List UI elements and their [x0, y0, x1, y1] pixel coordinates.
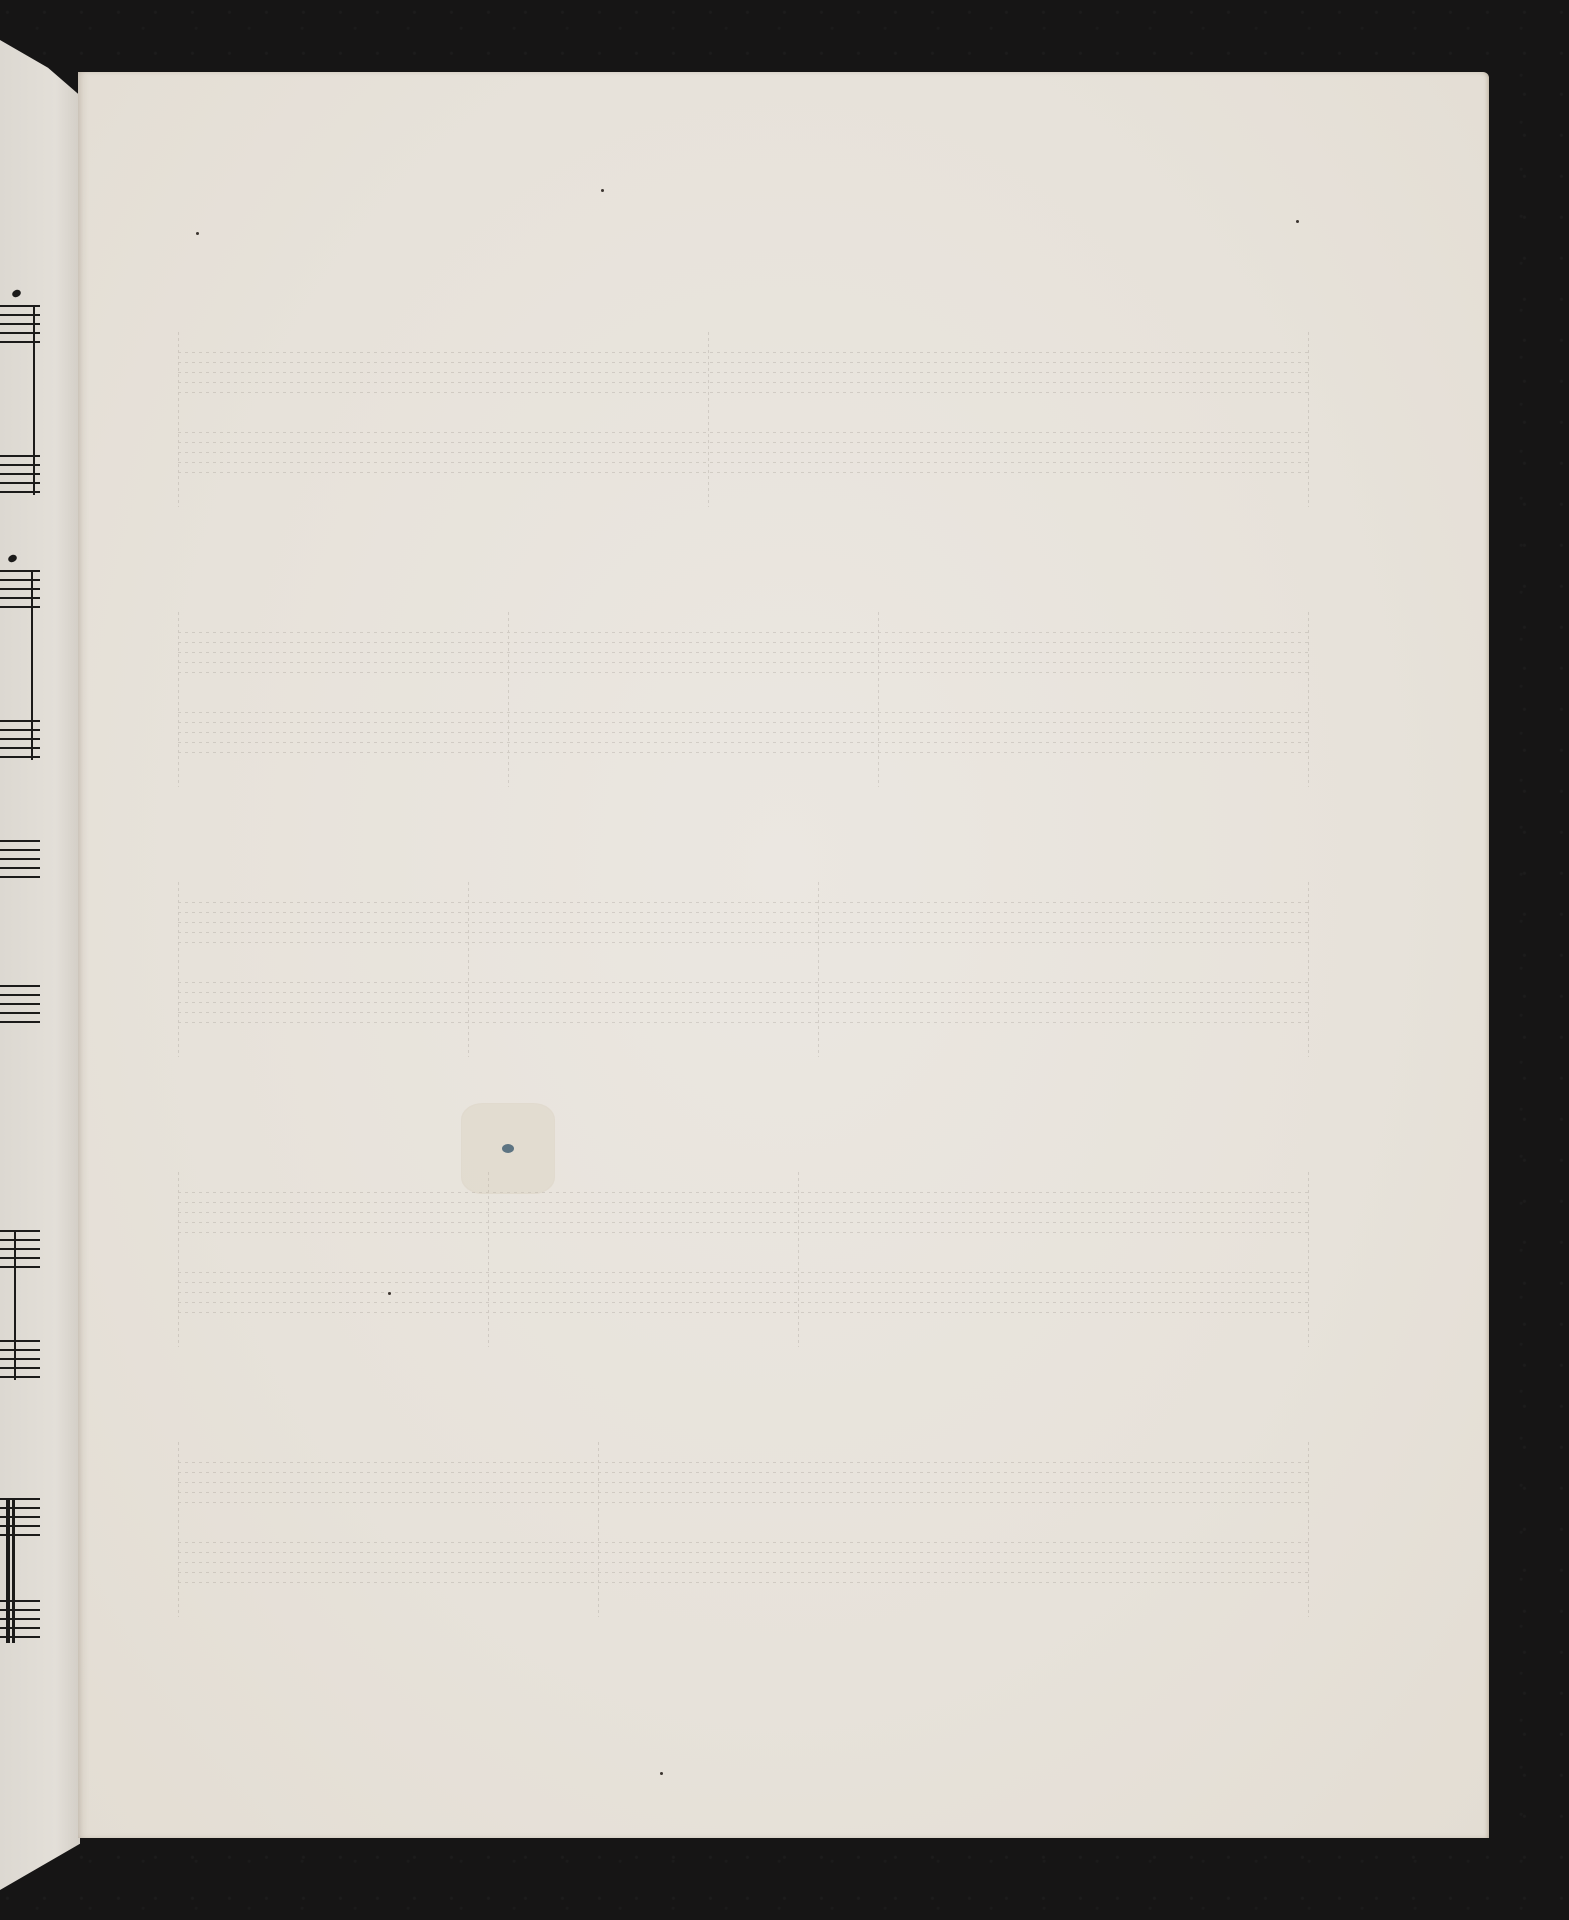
ink-spot: [502, 1144, 514, 1153]
music-staff: [0, 720, 40, 760]
paper-speck: [601, 189, 604, 192]
show-through-staff-system: [178, 882, 1309, 1057]
barline: [12, 1498, 15, 1643]
paper-speck: [660, 1772, 663, 1775]
music-note-icon: [7, 553, 18, 563]
music-staff: [0, 985, 40, 1025]
paper-speck: [1296, 220, 1299, 223]
show-through-staff-system: [178, 1172, 1309, 1347]
music-staff: [0, 840, 40, 880]
show-through-staff-system: [178, 1442, 1309, 1617]
barline: [14, 1230, 16, 1380]
paper-speck: [388, 1292, 391, 1295]
show-through-staff-system: [178, 612, 1309, 787]
music-staff: [0, 570, 40, 610]
music-staff: [0, 1230, 40, 1270]
blank-page: [78, 72, 1489, 1838]
barline: [33, 305, 35, 495]
music-note-icon: [11, 288, 22, 298]
left-page-edge: [0, 40, 80, 1890]
paper-speck: [196, 232, 199, 235]
barline: [31, 570, 33, 760]
show-through-staff-system: [178, 332, 1309, 507]
barline: [6, 1498, 10, 1643]
music-staff: [0, 1340, 40, 1380]
